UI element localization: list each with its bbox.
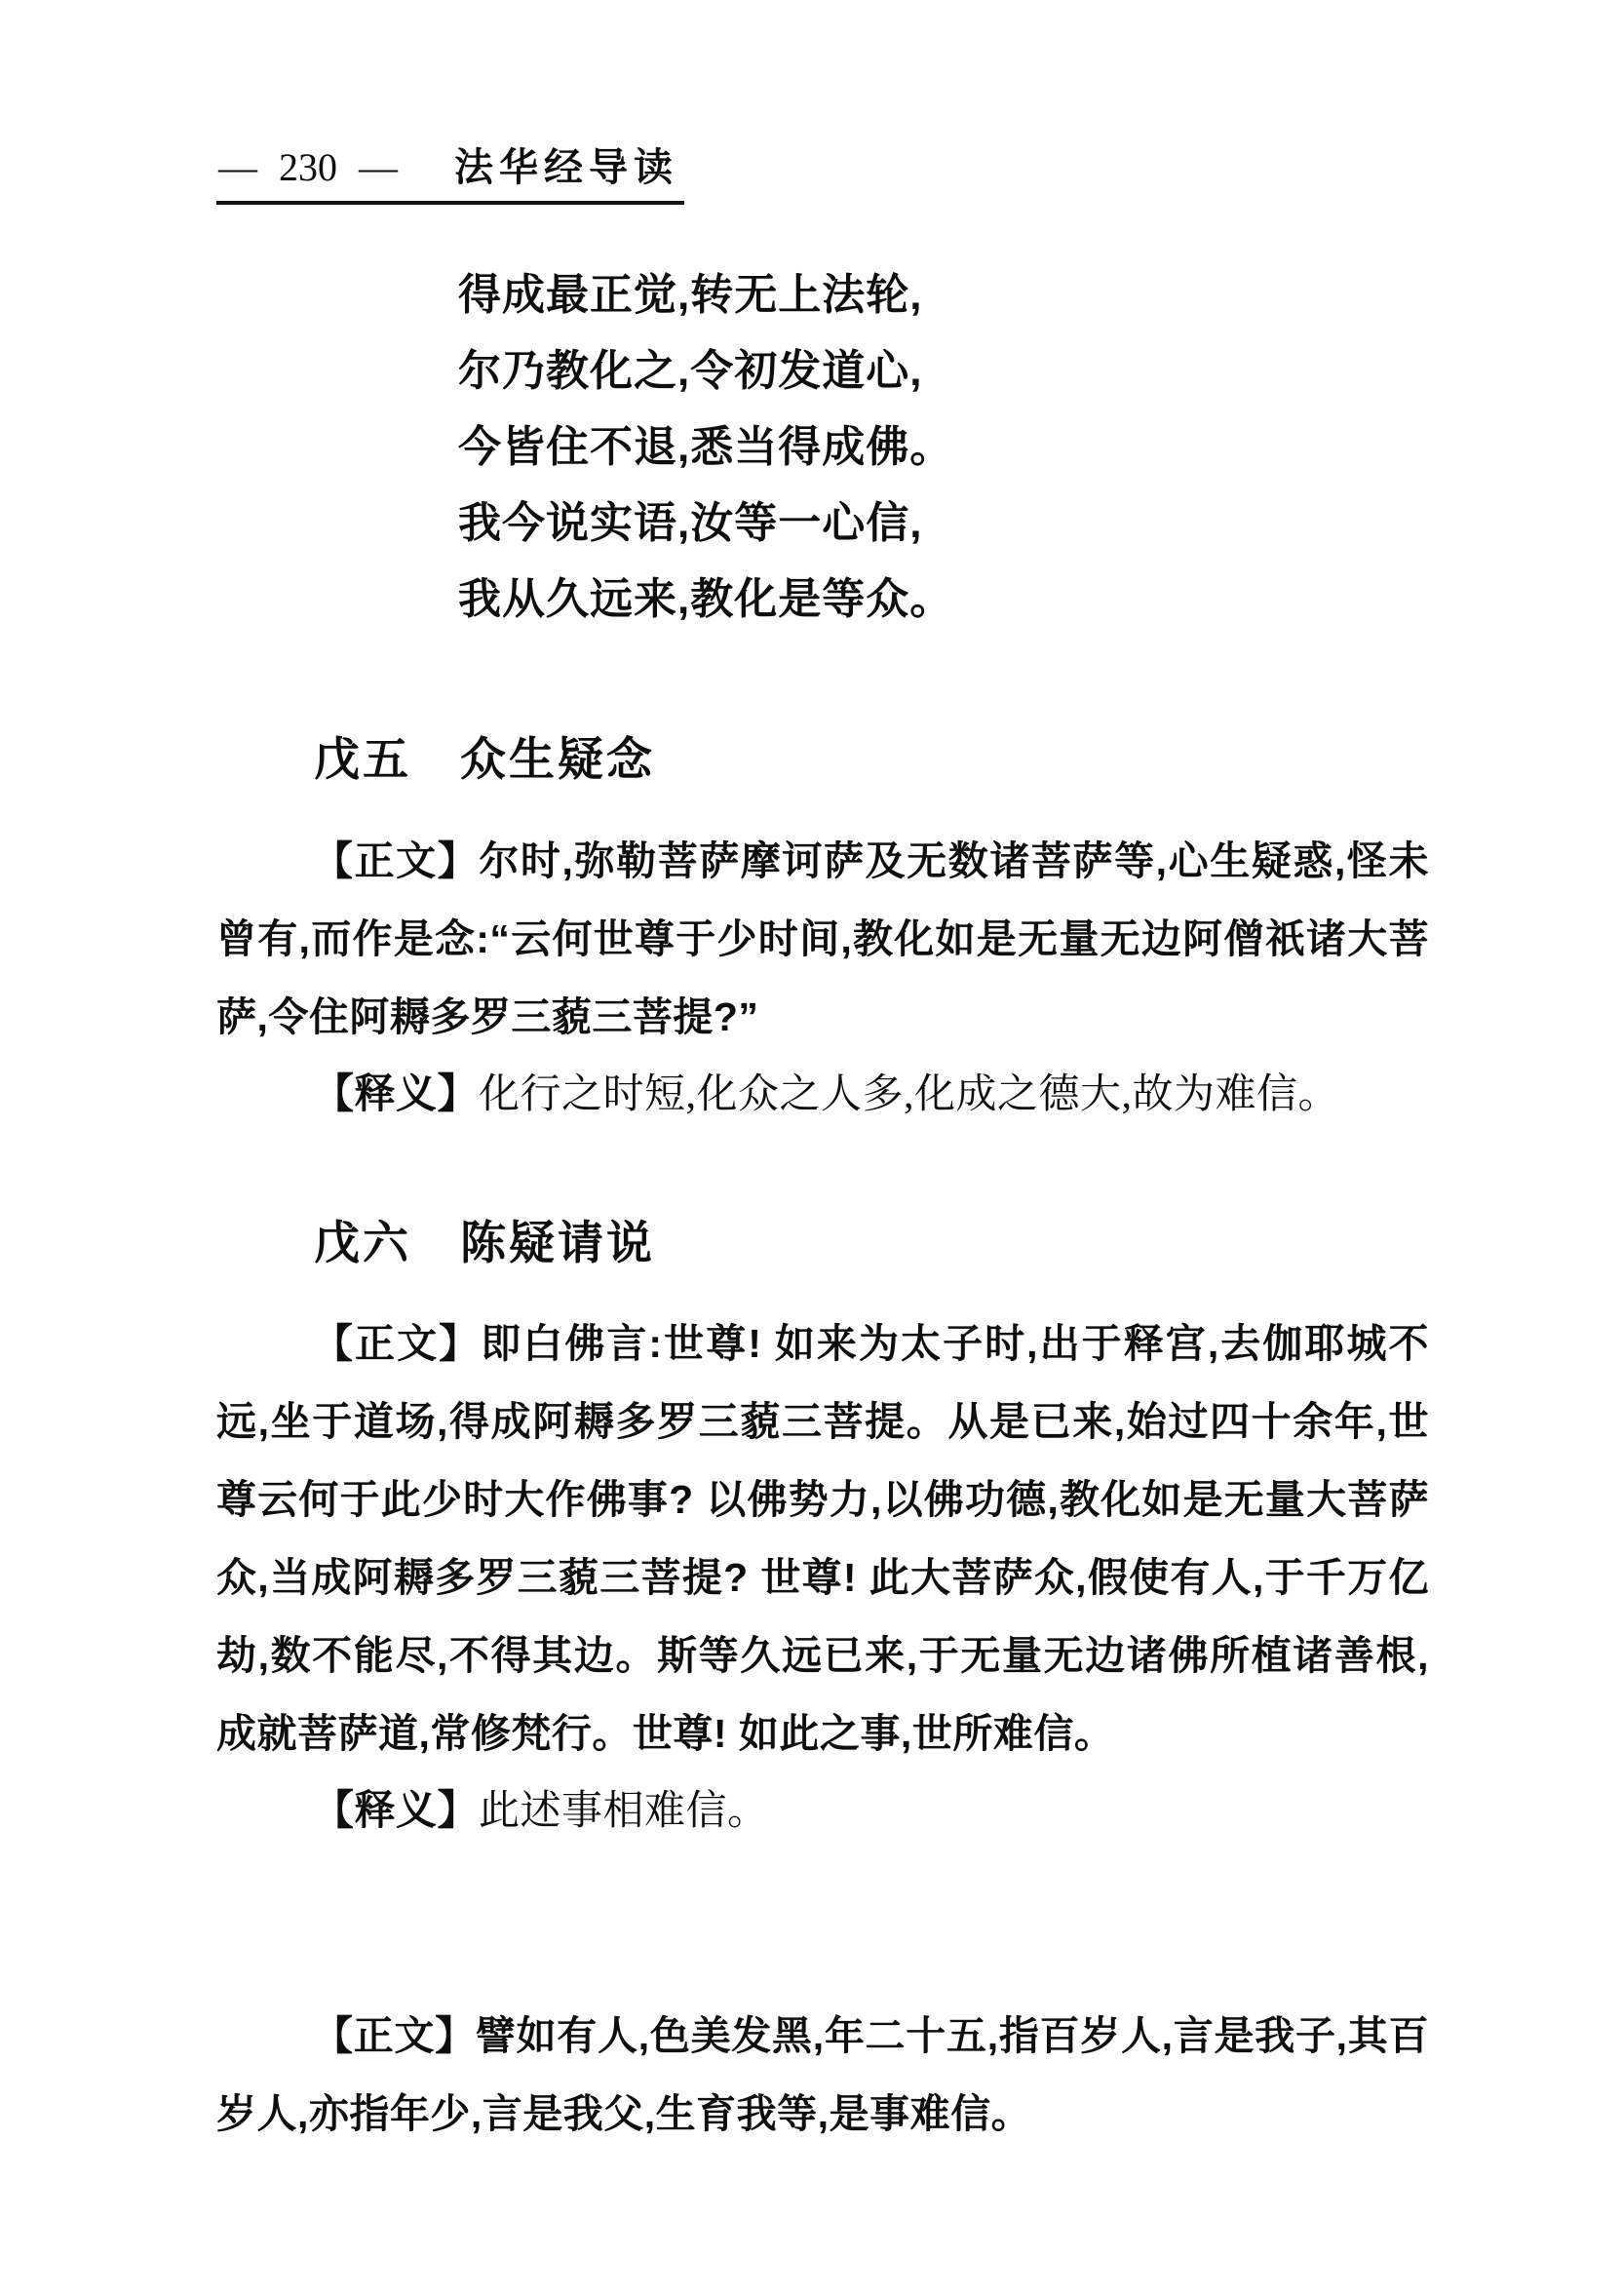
zhengwen-paragraph: 【正文】尔时,弥勒菩萨摩诃萨及无数诸菩萨等,心生疑惑,怪未曾有,而作是念:“云何… (216, 822, 1429, 1056)
verse-line: 得成最正觉,转无上法轮, (458, 257, 953, 333)
section-heading-wu6: 戊六 陈疑请说 (216, 1217, 655, 1271)
zhengwen-paragraph: 【正文】譬如有人,色美发黑,年二十五,指百岁人,言是我子,其百岁人,亦指年少,言… (216, 1997, 1429, 2153)
verse-line: 我今说实语,汝等一心信, (458, 486, 953, 562)
header-dash-right: — (359, 145, 398, 189)
shiyi-label: 【释义】 (313, 1789, 479, 1834)
zhengwen-paragraph: 【正文】即白佛言:世尊! 如来为太子时,出于释宫,去伽耶城不远,坐于道场,得成阿… (216, 1304, 1429, 1772)
shiyi-text: 此述事相难信。 (479, 1789, 769, 1834)
shiyi-label: 【释义】 (313, 1072, 479, 1117)
book-title: 法华经导读 (454, 145, 678, 189)
running-header: —230—法华经导读 (216, 146, 684, 205)
section-wu6-body: 【正文】即白佛言:世尊! 如来为太子时,出于释宫,去伽耶城不远,坐于道场,得成阿… (216, 1304, 1429, 1850)
shiyi-paragraph: 【释义】此述事相难信。 (216, 1772, 1429, 1850)
zhengwen-label: 【正文】 (313, 1321, 481, 1366)
header-dash-left: — (218, 145, 257, 189)
book-page: —230—法华经导读 得成最正觉,转无上法轮, 尔乃教化之,令初发道心, 今皆住… (0, 0, 1622, 2296)
shiyi-text: 化行之时短,化众之人多,化成之德大,故为难信。 (479, 1072, 1339, 1117)
verse-line: 我从久远来,教化是等众。 (458, 562, 953, 638)
shiyi-paragraph: 【释义】化行之时短,化众之人多,化成之德大,故为难信。 (216, 1056, 1429, 1134)
zhengwen-label: 【正文】 (313, 838, 479, 883)
zhengwen-text: 即白佛言:世尊! 如来为太子时,出于释宫,去伽耶城不远,坐于道场,得成阿耨多罗三… (216, 1321, 1429, 1756)
section-heading-wu5: 戊五 众生疑念 (216, 733, 655, 788)
section-wu6-body-continued: 【正文】譬如有人,色美发黑,年二十五,指百岁人,言是我子,其百岁人,亦指年少,言… (216, 1997, 1429, 2153)
verse-line: 今皆住不退,悉当得成佛。 (458, 409, 953, 486)
verse-block: 得成最正觉,转无上法轮, 尔乃教化之,令初发道心, 今皆住不退,悉当得成佛。 我… (458, 257, 953, 638)
page-number: 230 (279, 145, 337, 189)
zhengwen-label: 【正文】 (313, 2013, 476, 2058)
verse-line: 尔乃教化之,令初发道心, (458, 333, 953, 409)
section-wu5-body: 【正文】尔时,弥勒菩萨摩诃萨及无数诸菩萨等,心生疑惑,怪未曾有,而作是念:“云何… (216, 822, 1429, 1134)
